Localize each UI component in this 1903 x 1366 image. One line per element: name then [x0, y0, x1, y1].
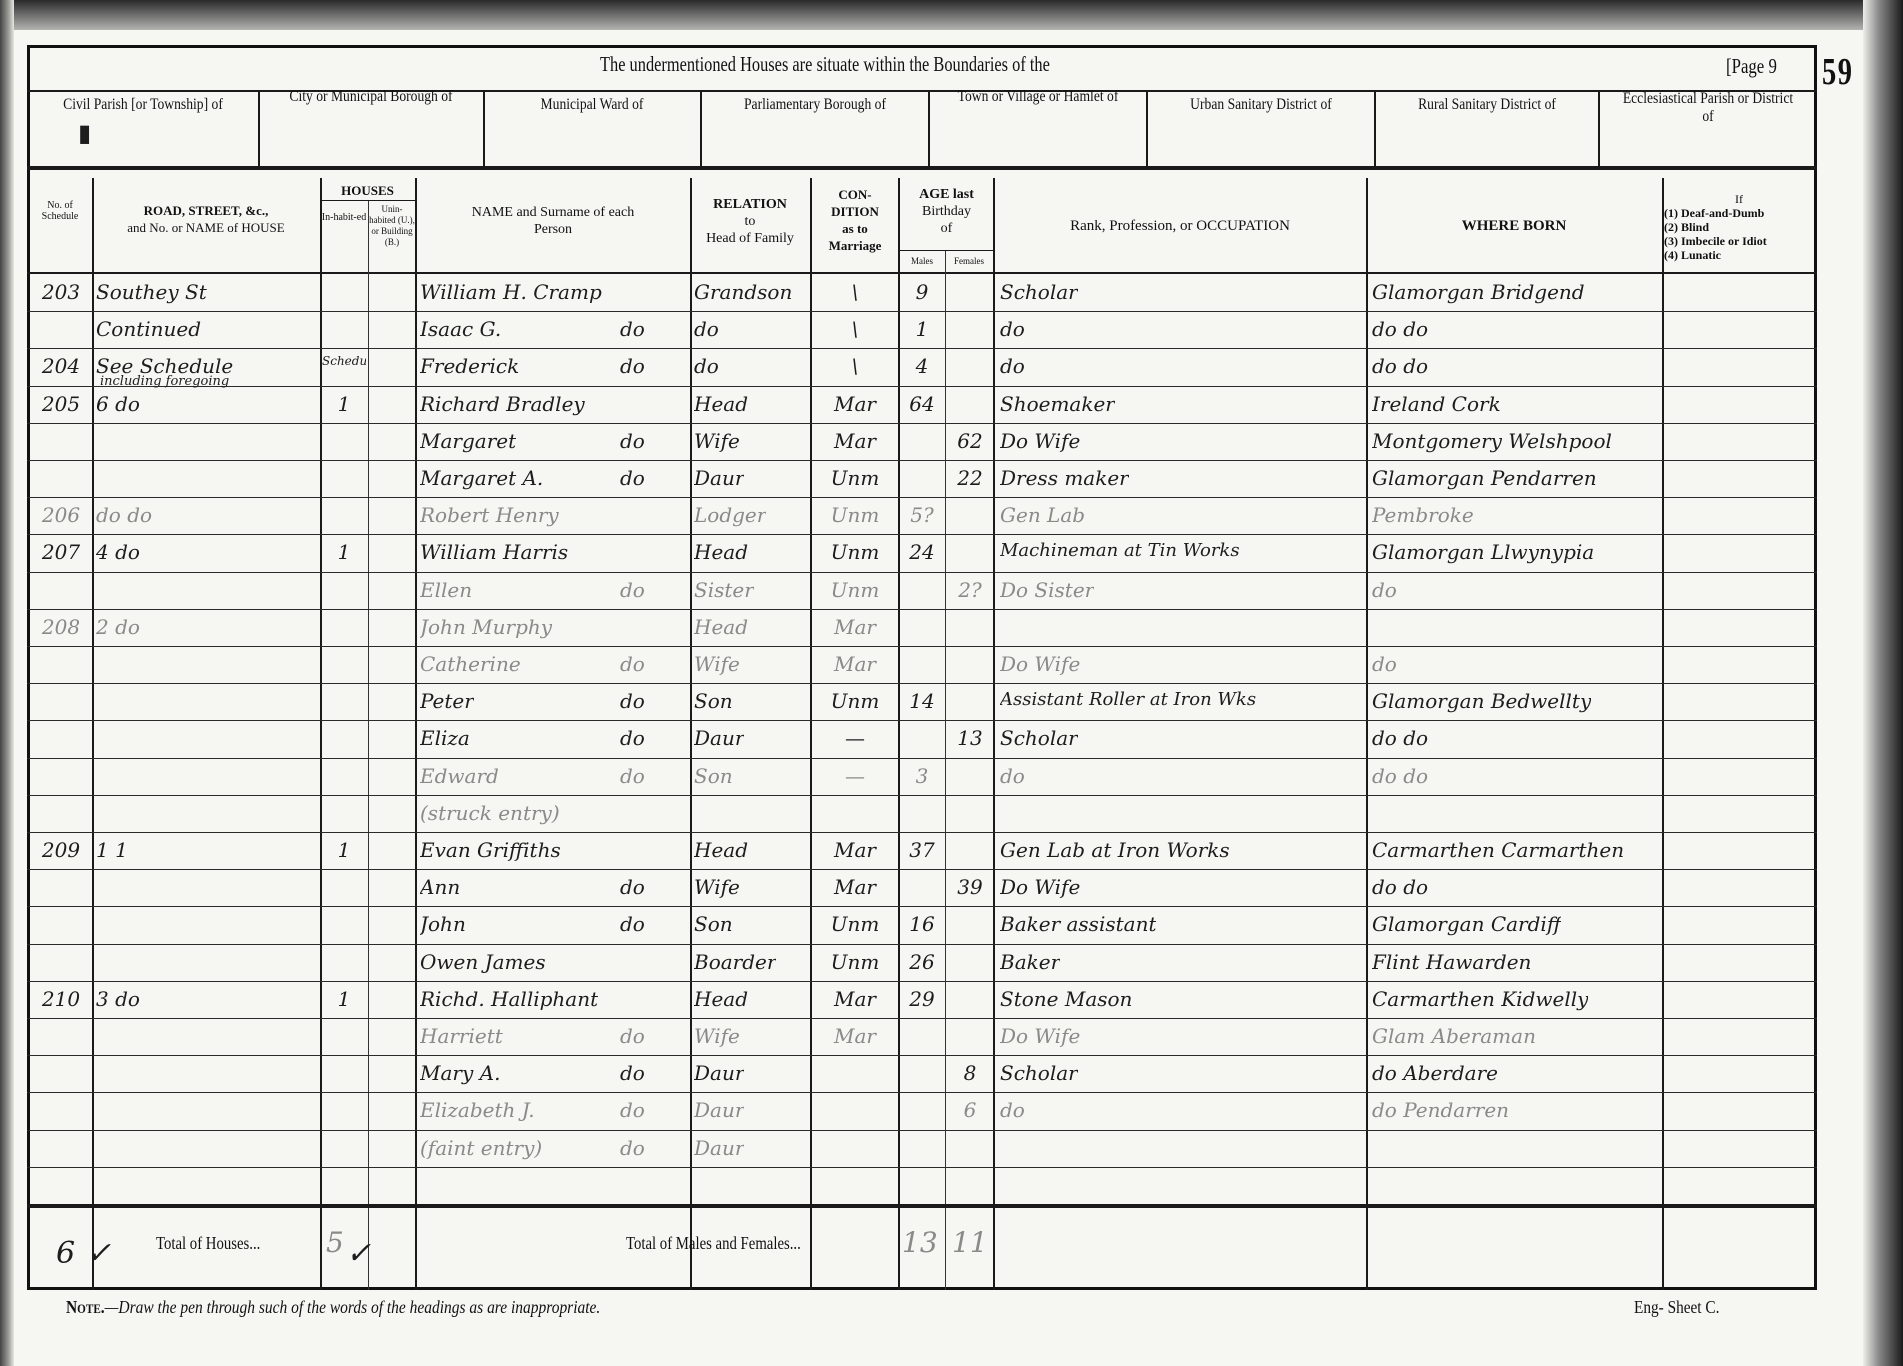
- row-rule: [27, 348, 1817, 349]
- row-rule: [27, 1130, 1817, 1131]
- cell-where-born: do: [1372, 652, 1397, 676]
- cell-name: Richard Bradley: [420, 392, 585, 416]
- cell-where-born: Flint Hawarden: [1372, 950, 1531, 974]
- boundary-divider: [1374, 90, 1376, 166]
- cell-road: 4 do: [96, 540, 140, 564]
- col-inhabited: In-habit-ed: [321, 212, 367, 223]
- cell-name: Harriett: [420, 1024, 503, 1048]
- cell-name2: do: [620, 429, 645, 453]
- row-rule: [27, 497, 1817, 498]
- cell-occupation: Stone Mason: [1000, 987, 1132, 1011]
- cell-name: John: [420, 912, 466, 936]
- cell-where-born: Pembroke: [1372, 503, 1474, 527]
- cell-relation: Wife: [694, 875, 740, 899]
- cell-condition: Mar: [814, 875, 896, 899]
- cell-occupation: do: [1000, 354, 1025, 378]
- col-condition-line2: DITION: [812, 203, 898, 220]
- cell-name: Margaret A.: [420, 466, 543, 490]
- cell-name: Edward: [420, 764, 499, 788]
- col-relation-line3: Head of Family: [692, 230, 808, 247]
- col-females: Females: [946, 256, 992, 267]
- cell-relation: Head: [694, 540, 748, 564]
- cell-occupation: Shoemaker: [1000, 392, 1115, 416]
- cell-road: 6 do: [96, 392, 140, 416]
- column-divider: [690, 178, 692, 1290]
- column-divider: [415, 178, 417, 1290]
- cell-name: William Harris: [420, 540, 568, 564]
- row-rule: [27, 758, 1817, 759]
- cell-males: 64: [900, 392, 944, 416]
- cell-name2: do: [620, 578, 645, 602]
- cell-condition: Mar: [814, 392, 896, 416]
- cell-schedule: 203: [30, 280, 92, 304]
- cell-road: 2 do: [96, 615, 140, 639]
- row-rule: [27, 906, 1817, 907]
- boundary-divider: [1598, 90, 1600, 166]
- cell-where-born: Glamorgan Llwynypia: [1372, 540, 1594, 564]
- cell-inhabited: 1: [322, 540, 366, 564]
- total-houses-inhabited: 5: [326, 1226, 344, 1259]
- cell-occupation: do: [1000, 1098, 1025, 1122]
- cell-condition: —: [814, 764, 896, 788]
- cell-males: 1: [900, 317, 944, 341]
- cell-occupation: Do Wife: [1000, 875, 1080, 899]
- cell-road: 3 do: [96, 987, 140, 1011]
- col-road: ROAD, STREET, &c., and No. or NAME of HO…: [94, 202, 318, 236]
- cell-females: 13: [948, 726, 992, 750]
- cell-where-born: do do: [1372, 764, 1428, 788]
- cell-males: 5?: [900, 503, 944, 527]
- cell-where-born: do do: [1372, 354, 1428, 378]
- cell-condition: Unm: [814, 503, 896, 527]
- cell-where-born: do do: [1372, 875, 1428, 899]
- cell-where-born: do Aberdare: [1372, 1061, 1498, 1085]
- cell-name2: do: [620, 354, 645, 378]
- row-rule: [27, 311, 1817, 312]
- row-rule: [27, 832, 1817, 833]
- cell-occupation: Dress maker: [1000, 466, 1129, 490]
- boundary-divider: [928, 90, 930, 166]
- col-condition-line3: as to: [812, 220, 898, 237]
- col-schedule: No. of Schedule: [29, 200, 91, 222]
- cell-males: 37: [900, 838, 944, 862]
- cell-name: Elizabeth J.: [420, 1098, 535, 1122]
- cell-inhabited: 1: [322, 838, 366, 862]
- cell-occupation: Scholar: [1000, 280, 1078, 304]
- col-uninhabited: Unin-habited (U.), or Building (B.): [369, 204, 415, 248]
- cell-occupation: Baker: [1000, 950, 1060, 974]
- row-rule: [27, 1055, 1817, 1056]
- boundary-divider: [700, 90, 702, 166]
- cell-relation: Boarder: [694, 950, 776, 974]
- cell-condition: \: [814, 354, 896, 378]
- cell-condition: Mar: [814, 652, 896, 676]
- column-divider: [1366, 178, 1368, 1290]
- cell-where-born: do Pendarren: [1372, 1098, 1509, 1122]
- cell-schedule: 206: [30, 503, 92, 527]
- total-females: 11: [952, 1226, 988, 1259]
- scan-edge-left: [0, 0, 14, 1366]
- col-males: Males: [899, 256, 945, 267]
- cell-occupation: do: [1000, 764, 1025, 788]
- col-where-born: WHERE BORN: [1368, 218, 1660, 235]
- col-age-line2: Birthday: [900, 203, 993, 220]
- houses-divider: [320, 200, 415, 201]
- cell-females: 39: [948, 875, 992, 899]
- cell-occupation: Do Wife: [1000, 1024, 1080, 1048]
- cell-name2: do: [620, 875, 645, 899]
- cell-name: Peter: [420, 689, 474, 713]
- cell-where-born: do do: [1372, 726, 1428, 750]
- cell-name: Margaret: [420, 429, 516, 453]
- cell-males: 26: [900, 950, 944, 974]
- cell-where-born: Carmarthen Kidwelly: [1372, 987, 1588, 1011]
- cell-road: do do: [96, 503, 152, 527]
- cell-schedule: 205: [30, 392, 92, 416]
- col-infirmity-3: (3) Imbecile or Idiot: [1664, 234, 1814, 248]
- cell-occupation: Scholar: [1000, 726, 1078, 750]
- col-infirmity-2: (2) Blind: [1664, 220, 1814, 234]
- col-relation: RELATION to Head of Family: [692, 196, 808, 247]
- cell-relation: do: [694, 354, 719, 378]
- cell-condition: Unm: [814, 466, 896, 490]
- cell-condition: Mar: [814, 615, 896, 639]
- cell-relation: Lodger: [694, 503, 766, 527]
- page-title: The undermentioned Houses are situate wi…: [600, 52, 1050, 77]
- boundary-ward: Municipal Ward of: [503, 96, 682, 114]
- col-relation-line1: RELATION: [692, 196, 808, 213]
- col-condition-line4: Marriage: [812, 237, 898, 254]
- cell-females: 22: [948, 466, 992, 490]
- boundary-rural-sanitary: Rural Sanitary District of: [1394, 96, 1579, 114]
- cell-relation: Wife: [694, 652, 740, 676]
- cell-males: 9: [900, 280, 944, 304]
- cell-schedule: 209: [30, 838, 92, 862]
- cell-condition: Mar: [814, 1024, 896, 1048]
- cell-where-born: Ireland Cork: [1372, 392, 1501, 416]
- cell-relation: Head: [694, 838, 748, 862]
- cell-name: William H. Cramp: [420, 280, 602, 304]
- cell-relation: Daur: [694, 1136, 744, 1160]
- sheet-reference: Eng- Sheet C.: [1634, 1297, 1719, 1318]
- column-divider: [92, 178, 94, 1290]
- cell-occupation: Do Wife: [1000, 429, 1080, 453]
- col-occupation: Rank, Profession, or OCCUPATION: [996, 218, 1364, 235]
- cell-name2: do: [620, 1061, 645, 1085]
- cell-occupation: Machineman at Tin Works: [1000, 540, 1240, 561]
- cell-condition: Mar: [814, 987, 896, 1011]
- cell-road: Southey St: [96, 280, 207, 304]
- cell-name: Richd. Halliphant: [420, 987, 598, 1011]
- page-number: [Page 9: [1726, 54, 1777, 79]
- row-rule: [27, 386, 1817, 387]
- cell-females: 8: [948, 1061, 992, 1085]
- cell-where-born: Glamorgan Cardiff: [1372, 912, 1561, 936]
- cell-road: Continued: [96, 317, 201, 341]
- col-age-line1: AGE last: [900, 186, 993, 203]
- total-houses-label: Total of Houses...: [156, 1233, 260, 1254]
- cell-inhabited: 1: [322, 987, 366, 1011]
- row-rule: [27, 1018, 1817, 1019]
- row-rule: [27, 423, 1817, 424]
- cell-name: Eliza: [420, 726, 470, 750]
- cell-name: Robert Henry: [420, 503, 559, 527]
- column-divider: [945, 250, 946, 1290]
- col-road-line2: and No. or NAME of HOUSE: [94, 219, 318, 236]
- check-mark-icon: ✓: [346, 1236, 371, 1271]
- cell-name2: do: [620, 652, 645, 676]
- cell-condition: Unm: [814, 578, 896, 602]
- cell-occupation: Scholar: [1000, 1061, 1078, 1085]
- cell-condition: —: [814, 726, 896, 750]
- ink-blot: ▮: [78, 118, 91, 147]
- column-divider: [810, 178, 812, 1290]
- cell-where-born: Glam Aberaman: [1372, 1024, 1536, 1048]
- cell-name2: do: [620, 764, 645, 788]
- cell-where-born: Carmarthen Carmarthen: [1372, 838, 1624, 862]
- column-divider: [368, 200, 369, 1290]
- column-divider: [320, 178, 322, 1290]
- cell-schedule: 208: [30, 615, 92, 639]
- boundary-town: Town or Village or Hamlet of: [948, 88, 1128, 106]
- boundary-civil-parish: Civil Parish [or Township] of: [47, 96, 239, 114]
- total-males: 13: [902, 1226, 938, 1259]
- col-infirmity-4: (4) Lunatic: [1664, 248, 1814, 262]
- total-persons-label: Total of Males and Females...: [626, 1233, 801, 1254]
- cell-females: 62: [948, 429, 992, 453]
- cell-relation: Head: [694, 615, 748, 639]
- cell-schedule: 204: [30, 354, 92, 378]
- col-age: AGE last Birthday of: [900, 186, 993, 237]
- col-infirmity-1: (1) Deaf-and-Dumb: [1664, 206, 1814, 220]
- cell-relation: Son: [694, 764, 733, 788]
- cell-occupation: Gen Lab at Iron Works: [1000, 838, 1230, 862]
- boundary-divider: [1146, 90, 1148, 166]
- cell-occupation: Do Sister: [1000, 578, 1094, 602]
- cell-condition: Unm: [814, 689, 896, 713]
- row-rule: [27, 720, 1817, 721]
- cell-males: 29: [900, 987, 944, 1011]
- cell-where-born: do: [1372, 578, 1397, 602]
- column-header-bottom-rule: [27, 272, 1817, 274]
- cell-name: Catherine: [420, 652, 521, 676]
- boundary-ecclesiastical: Ecclesiastical Parish or District of: [1618, 90, 1798, 126]
- col-infirmity-if: If: [1664, 192, 1814, 206]
- cell-condition: Unm: [814, 950, 896, 974]
- col-condition: CON- DITION as to Marriage: [812, 186, 898, 254]
- cell-where-born: Glamorgan Pendarren: [1372, 466, 1597, 490]
- boundary-bottom-rule: [27, 166, 1817, 170]
- column-divider: [993, 178, 995, 1290]
- cell-condition: Mar: [814, 838, 896, 862]
- cell-occupation: Do Wife: [1000, 652, 1080, 676]
- col-name-line2: Person: [418, 221, 688, 238]
- cell-condition: Unm: [814, 912, 896, 936]
- col-relation-line2: to: [692, 213, 808, 230]
- cell-relation: Daur: [694, 1061, 744, 1085]
- row-rule: [27, 869, 1817, 870]
- boundary-divider: [483, 90, 485, 166]
- cell-relation: Wife: [694, 1024, 740, 1048]
- col-road-line1: ROAD, STREET, &c.,: [94, 202, 318, 219]
- cell-inhabited: Schedule: [322, 354, 366, 368]
- cell-relation: Son: [694, 912, 733, 936]
- totals-top-rule: [27, 1204, 1817, 1208]
- cell-males: 24: [900, 540, 944, 564]
- column-divider: [1662, 178, 1664, 1290]
- cell-relation: Son: [694, 689, 733, 713]
- cell-relation: Grandson: [694, 280, 792, 304]
- footer-note: Note.—Draw the pen through such of the w…: [66, 1297, 600, 1318]
- cell-road: 1 1: [96, 838, 128, 862]
- cell-relation: Daur: [694, 466, 744, 490]
- row-rule: [27, 1092, 1817, 1093]
- cell-condition: \: [814, 280, 896, 304]
- cell-occupation: Baker assistant: [1000, 912, 1156, 936]
- cell-where-born: Montgomery Welshpool: [1372, 429, 1612, 453]
- row-rule: [27, 795, 1817, 796]
- cell-name2: do: [620, 1136, 645, 1160]
- cell-name: Owen James: [420, 950, 546, 974]
- col-name: NAME and Surname of each Person: [418, 204, 688, 238]
- row-rule: [27, 944, 1817, 945]
- col-houses: HOUSES: [320, 182, 415, 199]
- boundary-city: City or Municipal Borough of: [278, 88, 463, 106]
- scan-edge-right: [1863, 0, 1903, 1366]
- cell-schedule: 210: [30, 987, 92, 1011]
- col-age-line3: of: [900, 220, 993, 237]
- note-text: —Draw the pen through such of the words …: [105, 1297, 601, 1317]
- cell-name2: do: [620, 1098, 645, 1122]
- total-schedules: 6: [56, 1236, 75, 1271]
- cell-road-note: including foregoing: [100, 374, 229, 389]
- cell-where-born: Glamorgan Bridgend: [1372, 280, 1585, 304]
- cell-name2: do: [620, 912, 645, 936]
- cell-males: 4: [900, 354, 944, 378]
- cell-males: 14: [900, 689, 944, 713]
- cell-males: 16: [900, 912, 944, 936]
- cell-relation: Daur: [694, 726, 744, 750]
- col-condition-line1: CON-: [812, 186, 898, 203]
- cell-name: Frederick: [420, 354, 519, 378]
- col-name-line1: NAME and Surname of each: [418, 204, 688, 221]
- cell-condition: Unm: [814, 540, 896, 564]
- cell-name2: do: [620, 689, 645, 713]
- cell-relation: do: [694, 317, 719, 341]
- row-rule: [27, 534, 1817, 535]
- age-divider: [898, 250, 993, 251]
- cell-name: Evan Griffiths: [420, 838, 561, 862]
- cell-males: 3: [900, 764, 944, 788]
- cell-name: Ann: [420, 875, 460, 899]
- cell-name: Isaac G.: [420, 317, 501, 341]
- row-rule: [27, 460, 1817, 461]
- cell-name2: do: [620, 466, 645, 490]
- row-rule: [27, 981, 1817, 982]
- cell-name2: do: [620, 726, 645, 750]
- boundary-divider: [258, 90, 260, 166]
- cell-females: 2?: [948, 578, 992, 602]
- cell-where-born: Glamorgan Bedwellty: [1372, 689, 1591, 713]
- cell-name: John Murphy: [420, 615, 552, 639]
- cell-name2: do: [620, 317, 645, 341]
- cell-occupation: do: [1000, 317, 1025, 341]
- cell-schedule: 207: [30, 540, 92, 564]
- cell-condition: Mar: [814, 429, 896, 453]
- cell-relation: Head: [694, 987, 748, 1011]
- cell-relation: Head: [694, 392, 748, 416]
- cell-occupation: Gen Lab: [1000, 503, 1085, 527]
- cell-relation: Wife: [694, 429, 740, 453]
- row-rule: [27, 572, 1817, 573]
- cell-name: (struck entry): [420, 801, 560, 825]
- cell-relation: Sister: [694, 578, 754, 602]
- boundary-parliamentary: Parliamentary Borough of: [721, 96, 910, 114]
- col-infirmity: If (1) Deaf-and-Dumb (2) Blind (3) Imbec…: [1664, 192, 1814, 262]
- cell-name2: do: [620, 1024, 645, 1048]
- cell-occupation: Assistant Roller at Iron Wks: [1000, 689, 1256, 710]
- cell-females: 6: [948, 1098, 992, 1122]
- column-divider: [898, 178, 900, 1290]
- folio-number: 59: [1822, 50, 1854, 94]
- cell-name: Ellen: [420, 578, 472, 602]
- boundary-urban-sanitary: Urban Sanitary District of: [1167, 96, 1356, 114]
- check-mark-icon: ✓: [86, 1236, 111, 1271]
- cell-where-born: do do: [1372, 317, 1428, 341]
- row-rule: [27, 609, 1817, 610]
- cell-relation: Daur: [694, 1098, 744, 1122]
- cell-inhabited: 1: [322, 392, 366, 416]
- note-prefix: Note.: [66, 1297, 105, 1317]
- row-rule: [27, 683, 1817, 684]
- cell-name: (faint entry): [420, 1136, 542, 1160]
- row-rule: [27, 1167, 1817, 1168]
- cell-condition: \: [814, 317, 896, 341]
- cell-name: Mary A.: [420, 1061, 500, 1085]
- row-rule: [27, 646, 1817, 647]
